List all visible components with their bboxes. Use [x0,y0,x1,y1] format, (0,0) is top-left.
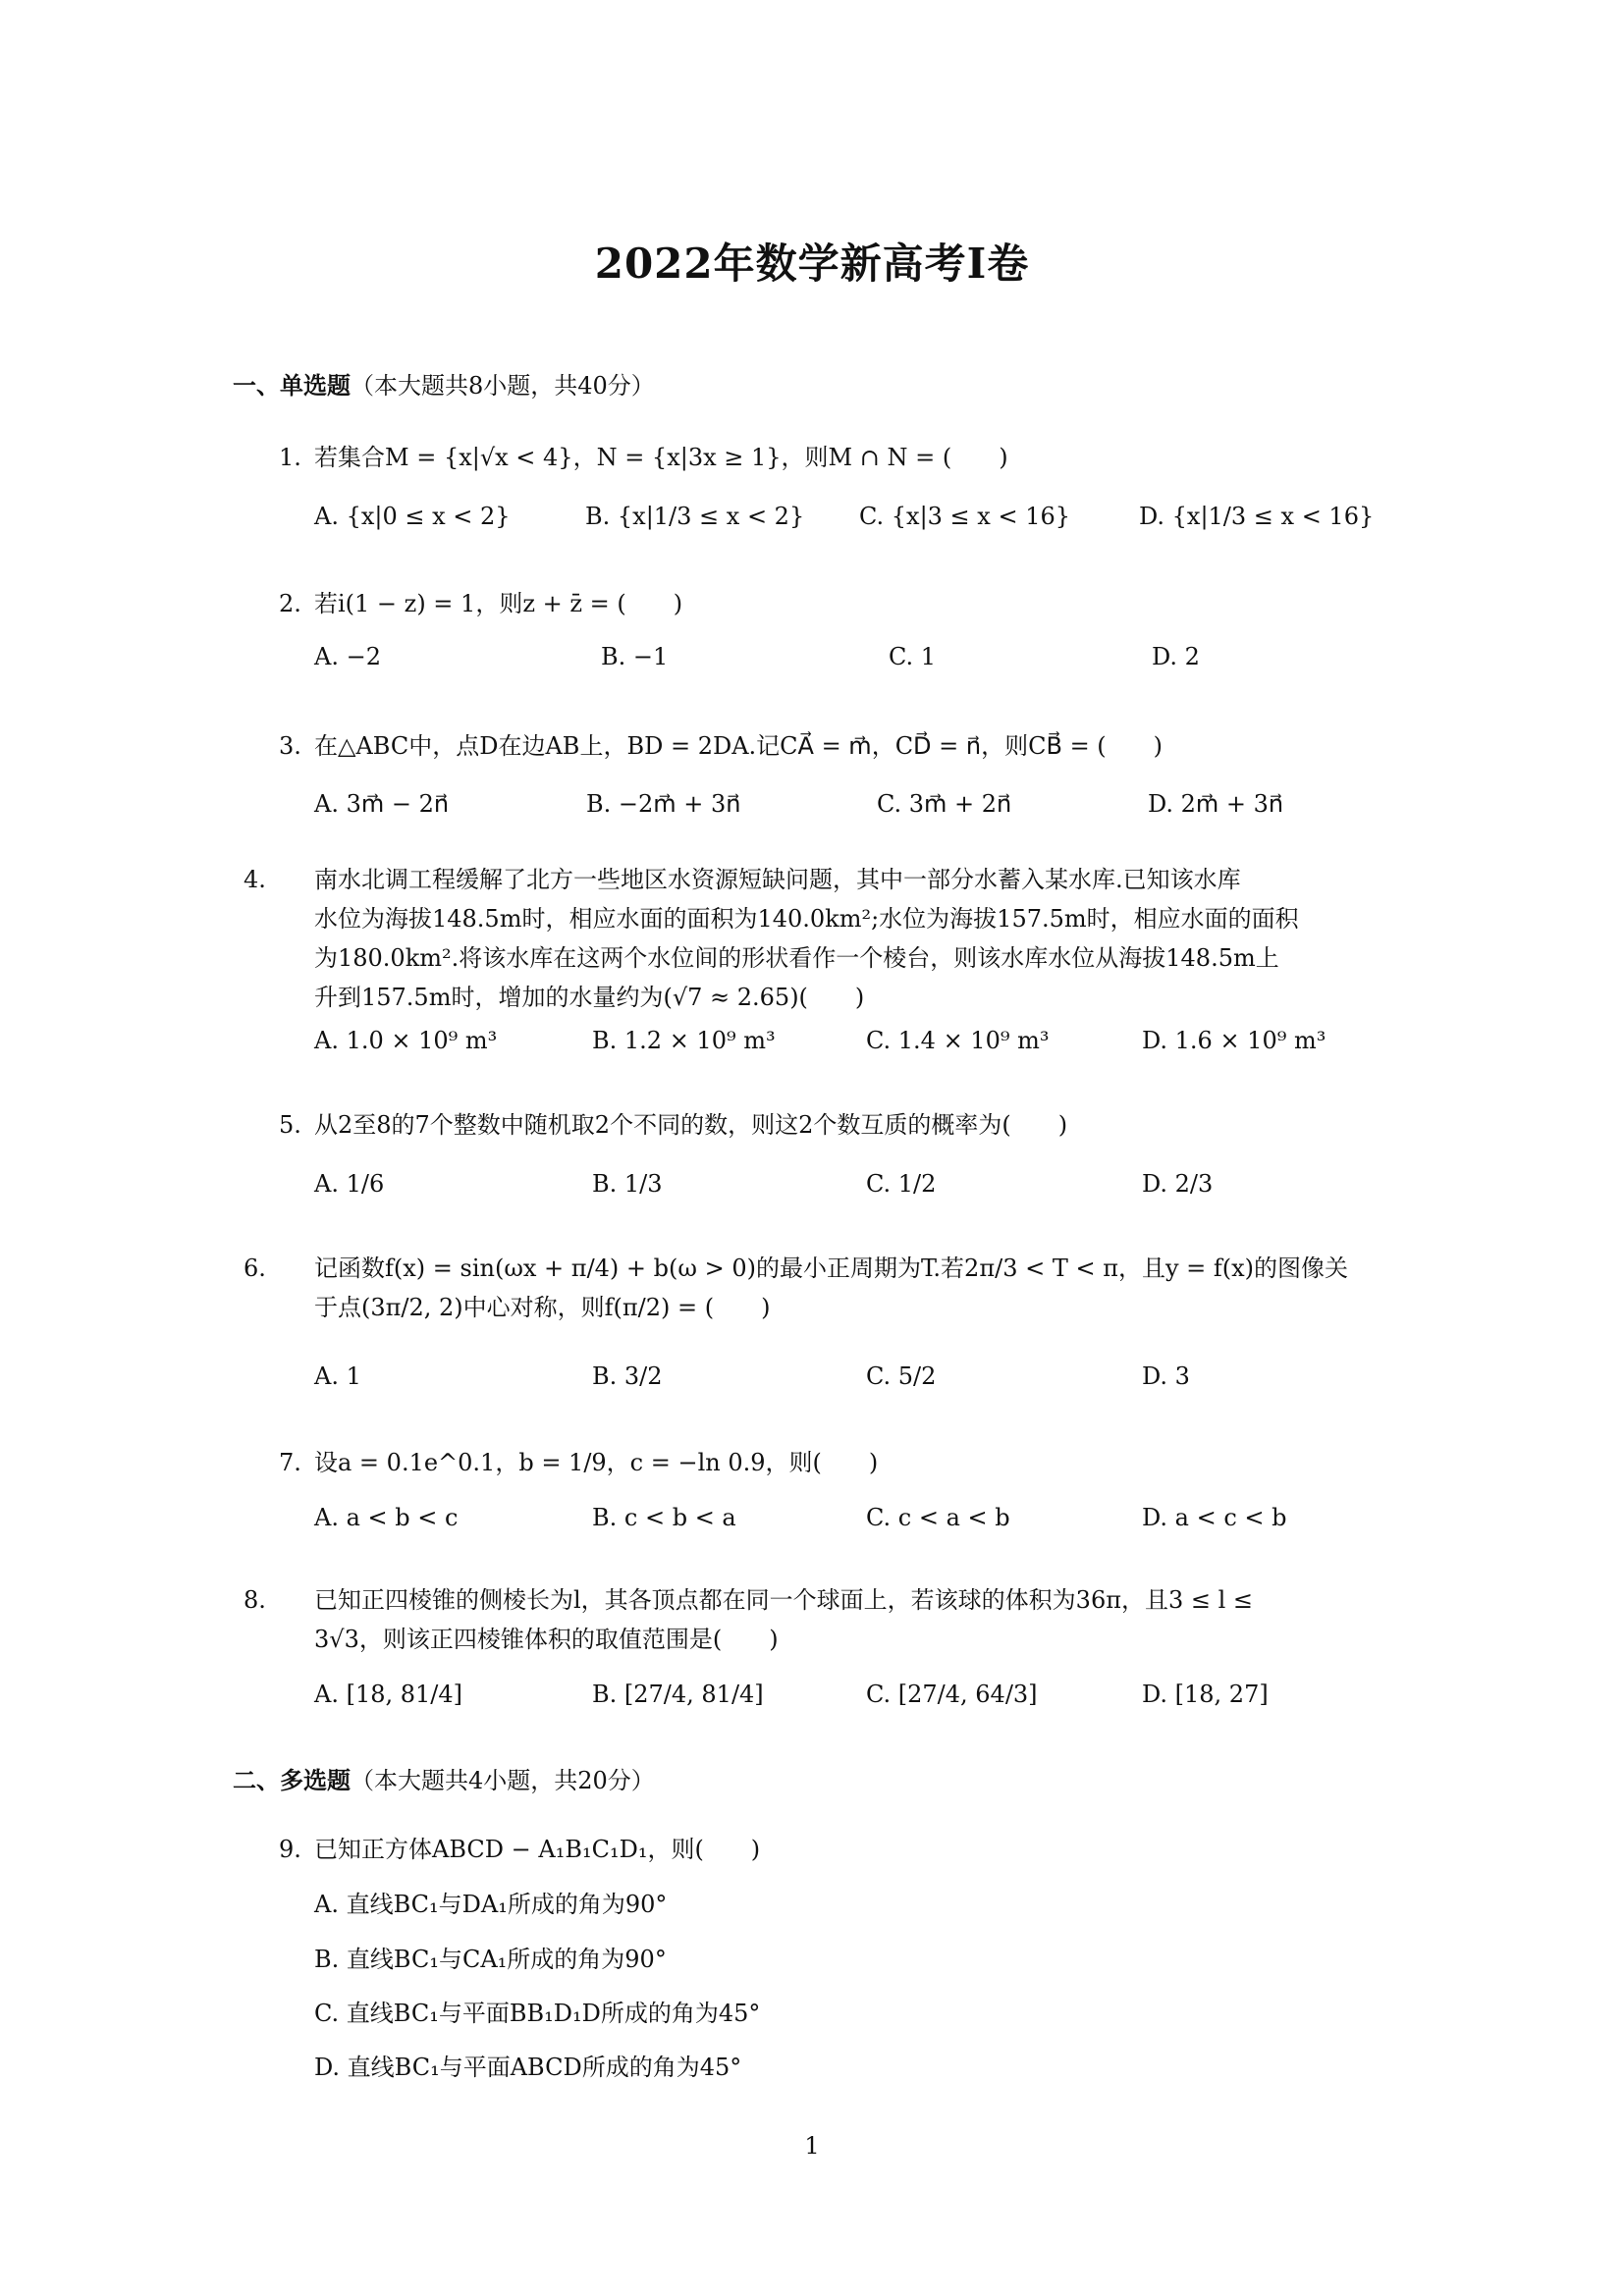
option-d: D. {x|1/3 ≤ x < 16} [1139,503,1374,530]
page-number: 1 [0,2132,1624,2160]
option-c: C. 1.4 × 10⁹ m³ [866,1027,1049,1054]
option-b: B. 1.2 × 10⁹ m³ [592,1027,776,1054]
question-text: 设a = 0.1e^0.1，b = 1/9，c = −ln 0.9，则( ) [314,1449,878,1476]
question-text: 已知正四棱锥的侧棱长为l，其各顶点都在同一个球面上，若该球的体积为36π，且3 … [314,1586,1253,1614]
question-line: 8.已知正四棱锥的侧棱长为l，其各顶点都在同一个球面上，若该球的体积为36π，且… [279,1580,1418,1620]
option-a: A. 直线BC₁与DA₁所成的角为90° [314,1885,667,1919]
section-heading-single-choice: 一、单选题（本大题共8小题，共40分） [233,366,655,400]
page-title: 2022年数学新高考I卷 [0,232,1624,291]
option-b: B. 1/3 [592,1170,663,1198]
question-5: 5.从2至8的7个整数中随机取2个不同的数，则这2个数互质的概率为( ) [279,1105,1418,1145]
question-7: 7.设a = 0.1e^0.1，b = 1/9，c = −ln 0.9，则( ) [279,1443,1418,1482]
question-4: 4.南水北调工程缓解了北方一些地区水资源短缺问题，其中一部分水蓄入某水库.已知该… [279,860,1418,1017]
options-q7: A. a < b < c B. c < b < a C. c < a < b D… [314,1504,1414,1543]
section-name: 二、多选题 [233,1766,351,1794]
option-c: C. 1/2 [866,1170,936,1198]
section-name: 一、单选题 [233,371,351,400]
option-c: C. 直线BC₁与平面BB₁D₁D所成的角为45° [314,1994,760,2028]
question-number: 1. [279,438,314,477]
options-q3: A. 3m⃗ − 2n⃗ B. −2m⃗ + 3n⃗ C. 3m⃗ + 2n⃗ … [314,790,1414,829]
question-1: 1.若集合M = {x|√x < 4}，N = {x|3x ≥ 1}，则M ∩ … [279,438,1418,477]
question-number: 7. [279,1443,314,1482]
options-q4: A. 1.0 × 10⁹ m³ B. 1.2 × 10⁹ m³ C. 1.4 ×… [314,1027,1414,1066]
question-2: 2.若i(1 − z) = 1，则z + z̄ = ( ) [279,584,1418,623]
option-c: C. 5/2 [866,1362,936,1390]
option-c: C. [27/4, 64/3] [866,1681,1038,1708]
question-line: 水位为海拔148.5m时，相应水面的面积为140.0km²;水位为海拔157.5… [279,899,1418,938]
question-line: 6.记函数f(x) = sin(ωx + π/4) + b(ω > 0)的最小正… [279,1249,1418,1288]
question-line: 升到157.5m时，增加的水量约为(√7 ≈ 2.65)( ) [279,978,1418,1017]
option-c: C. 3m⃗ + 2n⃗ [877,790,1011,818]
question-text: 已知正方体ABCD − A₁B₁C₁D₁，则( ) [314,1836,760,1863]
option-d: D. 2/3 [1142,1170,1213,1198]
question-9: 9.已知正方体ABCD − A₁B₁C₁D₁，则( ) [279,1830,1418,1869]
question-line: 3√3，则该正四棱锥体积的取值范围是( ) [279,1620,1418,1659]
option-a: A. 1.0 × 10⁹ m³ [314,1027,497,1054]
option-c: C. {x|3 ≤ x < 16} [859,503,1070,530]
section-heading-multi-choice: 二、多选题（本大题共4小题，共20分） [233,1761,655,1795]
option-a: A. [18, 81/4] [314,1681,462,1708]
option-b: B. [27/4, 81/4] [592,1681,764,1708]
option-d: D. 直线BC₁与平面ABCD所成的角为45° [314,2048,741,2082]
option-c: C. c < a < b [866,1504,1010,1531]
option-a: A. 3m⃗ − 2n⃗ [314,790,449,818]
question-number: 6. [279,1249,314,1288]
question-line: 于点(3π/2, 2)中心对称，则f(π/2) = ( ) [279,1288,1418,1327]
question-text: 记函数f(x) = sin(ωx + π/4) + b(ω > 0)的最小正周期… [314,1255,1348,1282]
option-a: A. {x|0 ≤ x < 2} [314,503,511,530]
question-number: 5. [279,1105,314,1145]
option-a: A. 1/6 [314,1170,384,1198]
options-q8: A. [18, 81/4] B. [27/4, 81/4] C. [27/4, … [314,1681,1414,1720]
question-number: 4. [279,860,314,899]
option-b: B. −1 [601,643,668,670]
question-number: 8. [279,1580,314,1620]
options-q1: A. {x|0 ≤ x < 2} B. {x|1/3 ≤ x < 2} C. {… [314,503,1414,542]
question-number: 3. [279,726,314,766]
option-b: B. c < b < a [592,1504,736,1531]
question-line: 4.南水北调工程缓解了北方一些地区水资源短缺问题，其中一部分水蓄入某水库.已知该… [279,860,1418,899]
question-text: 在△ABC中，点D在边AB上，BD = 2DA.记CA⃗ = m⃗，CD⃗ = … [314,732,1163,760]
question-text: 若集合M = {x|√x < 4}，N = {x|3x ≥ 1}，则M ∩ N … [314,444,1008,471]
section-note: （本大题共4小题，共20分） [351,1767,655,1794]
option-a: A. −2 [314,643,381,670]
option-a: A. 1 [314,1362,361,1390]
section-note: （本大题共8小题，共40分） [351,372,655,400]
option-b: B. 直线BC₁与CA₁所成的角为90° [314,1940,667,1974]
question-line: 为180.0km².将该水库在这两个水位间的形状看作一个棱台，则该水库水位从海拔… [279,938,1418,978]
option-b: B. 3/2 [592,1362,663,1390]
option-d: D. 2 [1152,643,1200,670]
option-b: B. {x|1/3 ≤ x < 2} [585,503,804,530]
question-3: 3.在△ABC中，点D在边AB上，BD = 2DA.记CA⃗ = m⃗，CD⃗ … [279,726,1418,766]
question-8: 8.已知正四棱锥的侧棱长为l，其各顶点都在同一个球面上，若该球的体积为36π，且… [279,1580,1418,1659]
option-d: D. 3 [1142,1362,1190,1390]
option-d: D. [18, 27] [1142,1681,1269,1708]
option-b: B. −2m⃗ + 3n⃗ [586,790,741,818]
question-text: 从2至8的7个整数中随机取2个不同的数，则这2个数互质的概率为( ) [314,1111,1067,1139]
question-6: 6.记函数f(x) = sin(ωx + π/4) + b(ω > 0)的最小正… [279,1249,1418,1327]
question-text: 南水北调工程缓解了北方一些地区水资源短缺问题，其中一部分水蓄入某水库.已知该水库 [314,866,1241,893]
option-c: C. 1 [889,643,936,670]
options-q5: A. 1/6 B. 1/3 C. 1/2 D. 2/3 [314,1170,1414,1209]
option-d: D. 1.6 × 10⁹ m³ [1142,1027,1326,1054]
option-d: D. a < c < b [1142,1504,1287,1531]
option-d: D. 2m⃗ + 3n⃗ [1148,790,1283,818]
question-number: 9. [279,1830,314,1869]
question-text: 若i(1 − z) = 1，则z + z̄ = ( ) [314,590,682,617]
question-number: 2. [279,584,314,623]
options-q6: A. 1 B. 3/2 C. 5/2 D. 3 [314,1362,1414,1402]
options-q2: A. −2 B. −1 C. 1 D. 2 [314,643,1414,682]
option-a: A. a < b < c [314,1504,458,1531]
